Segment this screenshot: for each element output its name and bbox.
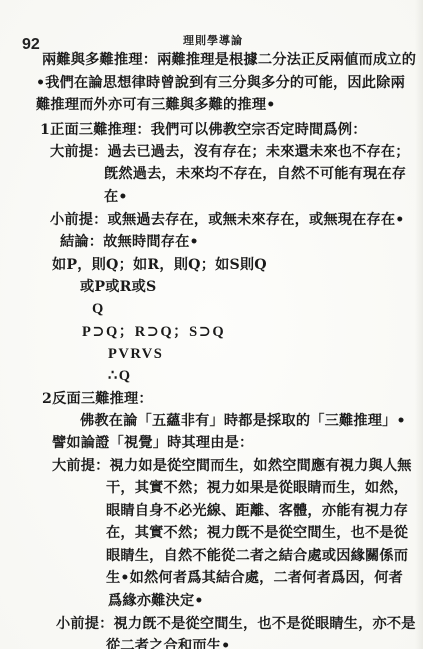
major-premise-continuation: 眼睛自身不必光線、距離、客體，亦能有視力存 xyxy=(106,502,408,520)
minor-premise-continuation: 從二者之合和而生• xyxy=(106,637,230,649)
major-premise-continuation: 在• xyxy=(104,188,128,206)
major-premise-line: 大前提：過去已過去，沒有存在；未來還未來也不存在； xyxy=(50,143,410,161)
formula-line: Q xyxy=(92,300,105,318)
formula-line: 或P或R或S xyxy=(80,278,156,296)
paragraph-line: 兩難與多難推理：兩難推理是根據二分法正反兩値而成立的 xyxy=(42,51,416,69)
section-heading-positive-trilemma: 1正面三難推理：我們可以佛教空宗否定時間爲例： xyxy=(40,121,367,139)
running-title: 理則學導論 xyxy=(183,32,243,48)
formula-line: PVRVS xyxy=(108,345,163,363)
page-number: 92 xyxy=(22,36,40,54)
paragraph-line: •我們在論思想律時曾說到有三分與多分的可能，因此除兩 xyxy=(36,74,405,92)
minor-premise-line: 小前提：視力旣不是從空間生，也不是從眼睛生，亦不是 xyxy=(56,615,416,633)
formula-line: ∴Q xyxy=(108,367,132,385)
formula-line: 如P，則Q；如R，則Q；如S則Q xyxy=(52,256,267,274)
paragraph-line: 譬如論證「視覺」時其理由是： xyxy=(52,434,253,452)
major-premise-continuation: 干，其實不然；視力如果是從眼睛而生，如然， xyxy=(106,479,408,497)
major-premise-continuation: 眼睛生，自然不能從二者之結合處或因緣關係而 xyxy=(106,547,408,565)
major-premise-line: 大前提：視力如是從空間而生，如然空間應有視力與人無 xyxy=(52,457,412,475)
scanned-book-page: 92 理則學導論 兩難與多難推理：兩難推理是根據二分法正反兩値而成立的 •我們在… xyxy=(0,0,423,649)
section-heading-negative-trilemma: 2反面三難推理： xyxy=(42,390,153,408)
conclusion-line: 結論：故無時間存在• xyxy=(60,233,199,251)
major-premise-continuation: 在，其實不然；視力旣不是從空間生，也不是從 xyxy=(106,524,408,542)
formula-line: P⊃Q；R⊃Q；S⊃Q xyxy=(82,323,225,341)
major-premise-continuation: 生•如然何者爲其結合處，二者何者爲因，何者 xyxy=(106,569,403,587)
paragraph-line: 佛教在論「五蘊非有」時都是採取的「三難推理」• xyxy=(80,412,406,430)
scan-edge-shadow xyxy=(415,0,423,649)
minor-premise-line: 小前提：或無過去存在，或無未來存在，或無現在存在• xyxy=(50,211,405,229)
major-premise-continuation: 旣然過去，未來均不存在，自然不可能有現在存 xyxy=(104,165,406,183)
major-premise-continuation: 爲緣亦難決定• xyxy=(108,592,204,610)
paragraph-line: 難推理而外亦可有三難與多難的推理• xyxy=(36,96,275,114)
